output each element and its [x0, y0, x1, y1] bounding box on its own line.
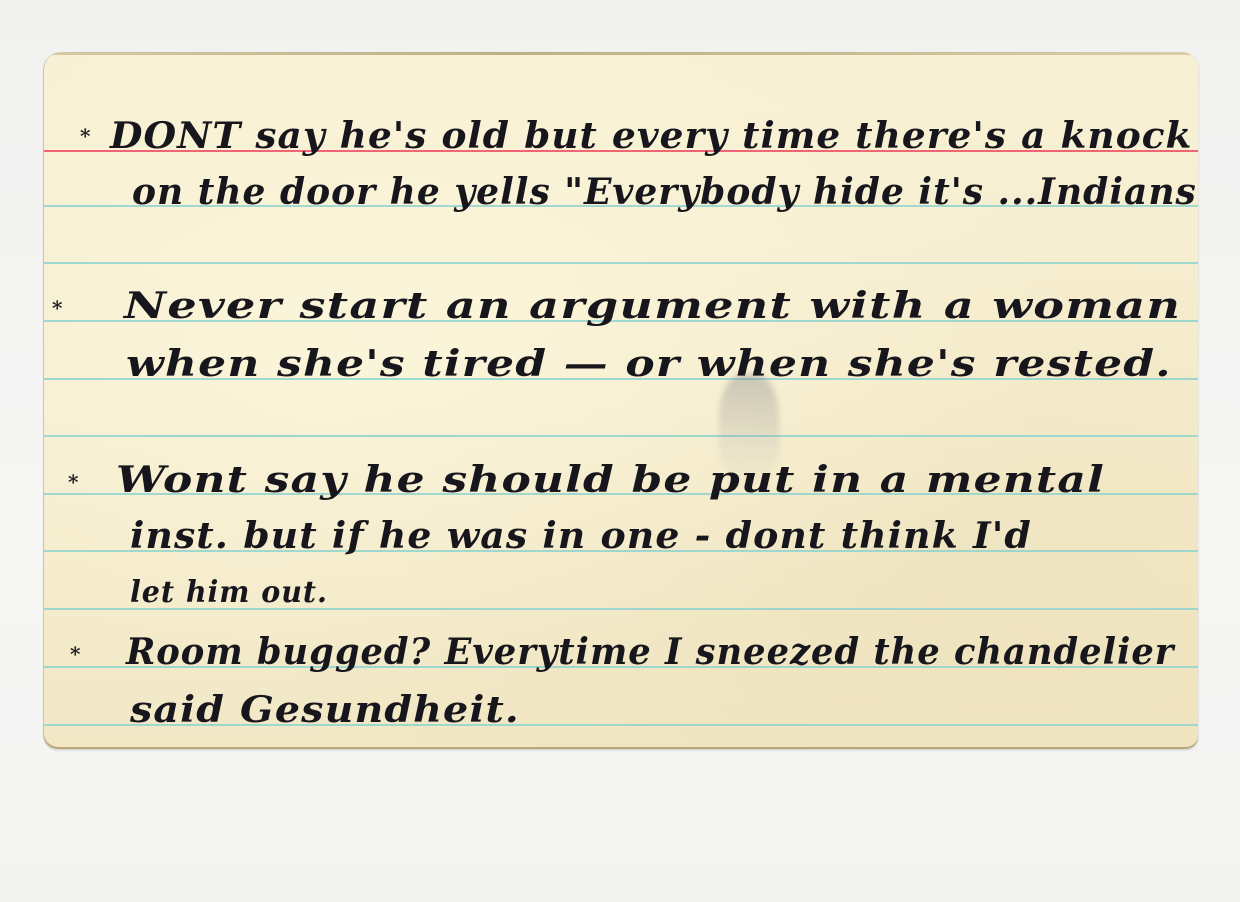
bullet-mark: * — [68, 470, 78, 494]
note-line: Never start an argument with a woman — [124, 288, 1181, 324]
ruled-line — [44, 262, 1198, 264]
note-line: when she's tired — or when she's rested. — [126, 346, 1172, 382]
note-line: said Gesundheit. — [130, 692, 520, 728]
bullet-mark: * — [70, 642, 80, 666]
note-line: let him out. — [130, 578, 328, 608]
scan-background: * DONT say he's old but every time there… — [0, 0, 1240, 902]
bullet-mark: * — [80, 124, 90, 148]
bullet-mark: * — [52, 296, 62, 320]
index-card: * DONT say he's old but every time there… — [44, 52, 1198, 749]
note-line: Room bugged? Everytime I sneezed the cha… — [126, 634, 1174, 670]
note-line: Wont say he should be put in a mental — [116, 462, 1105, 498]
ruled-line — [44, 435, 1198, 437]
note-line: on the door he yells "Everybody hide it'… — [132, 174, 1198, 210]
note-line: inst. but if he was in one - dont think … — [130, 518, 1032, 554]
note-line: DONT say he's old but every time there's… — [110, 118, 1193, 154]
